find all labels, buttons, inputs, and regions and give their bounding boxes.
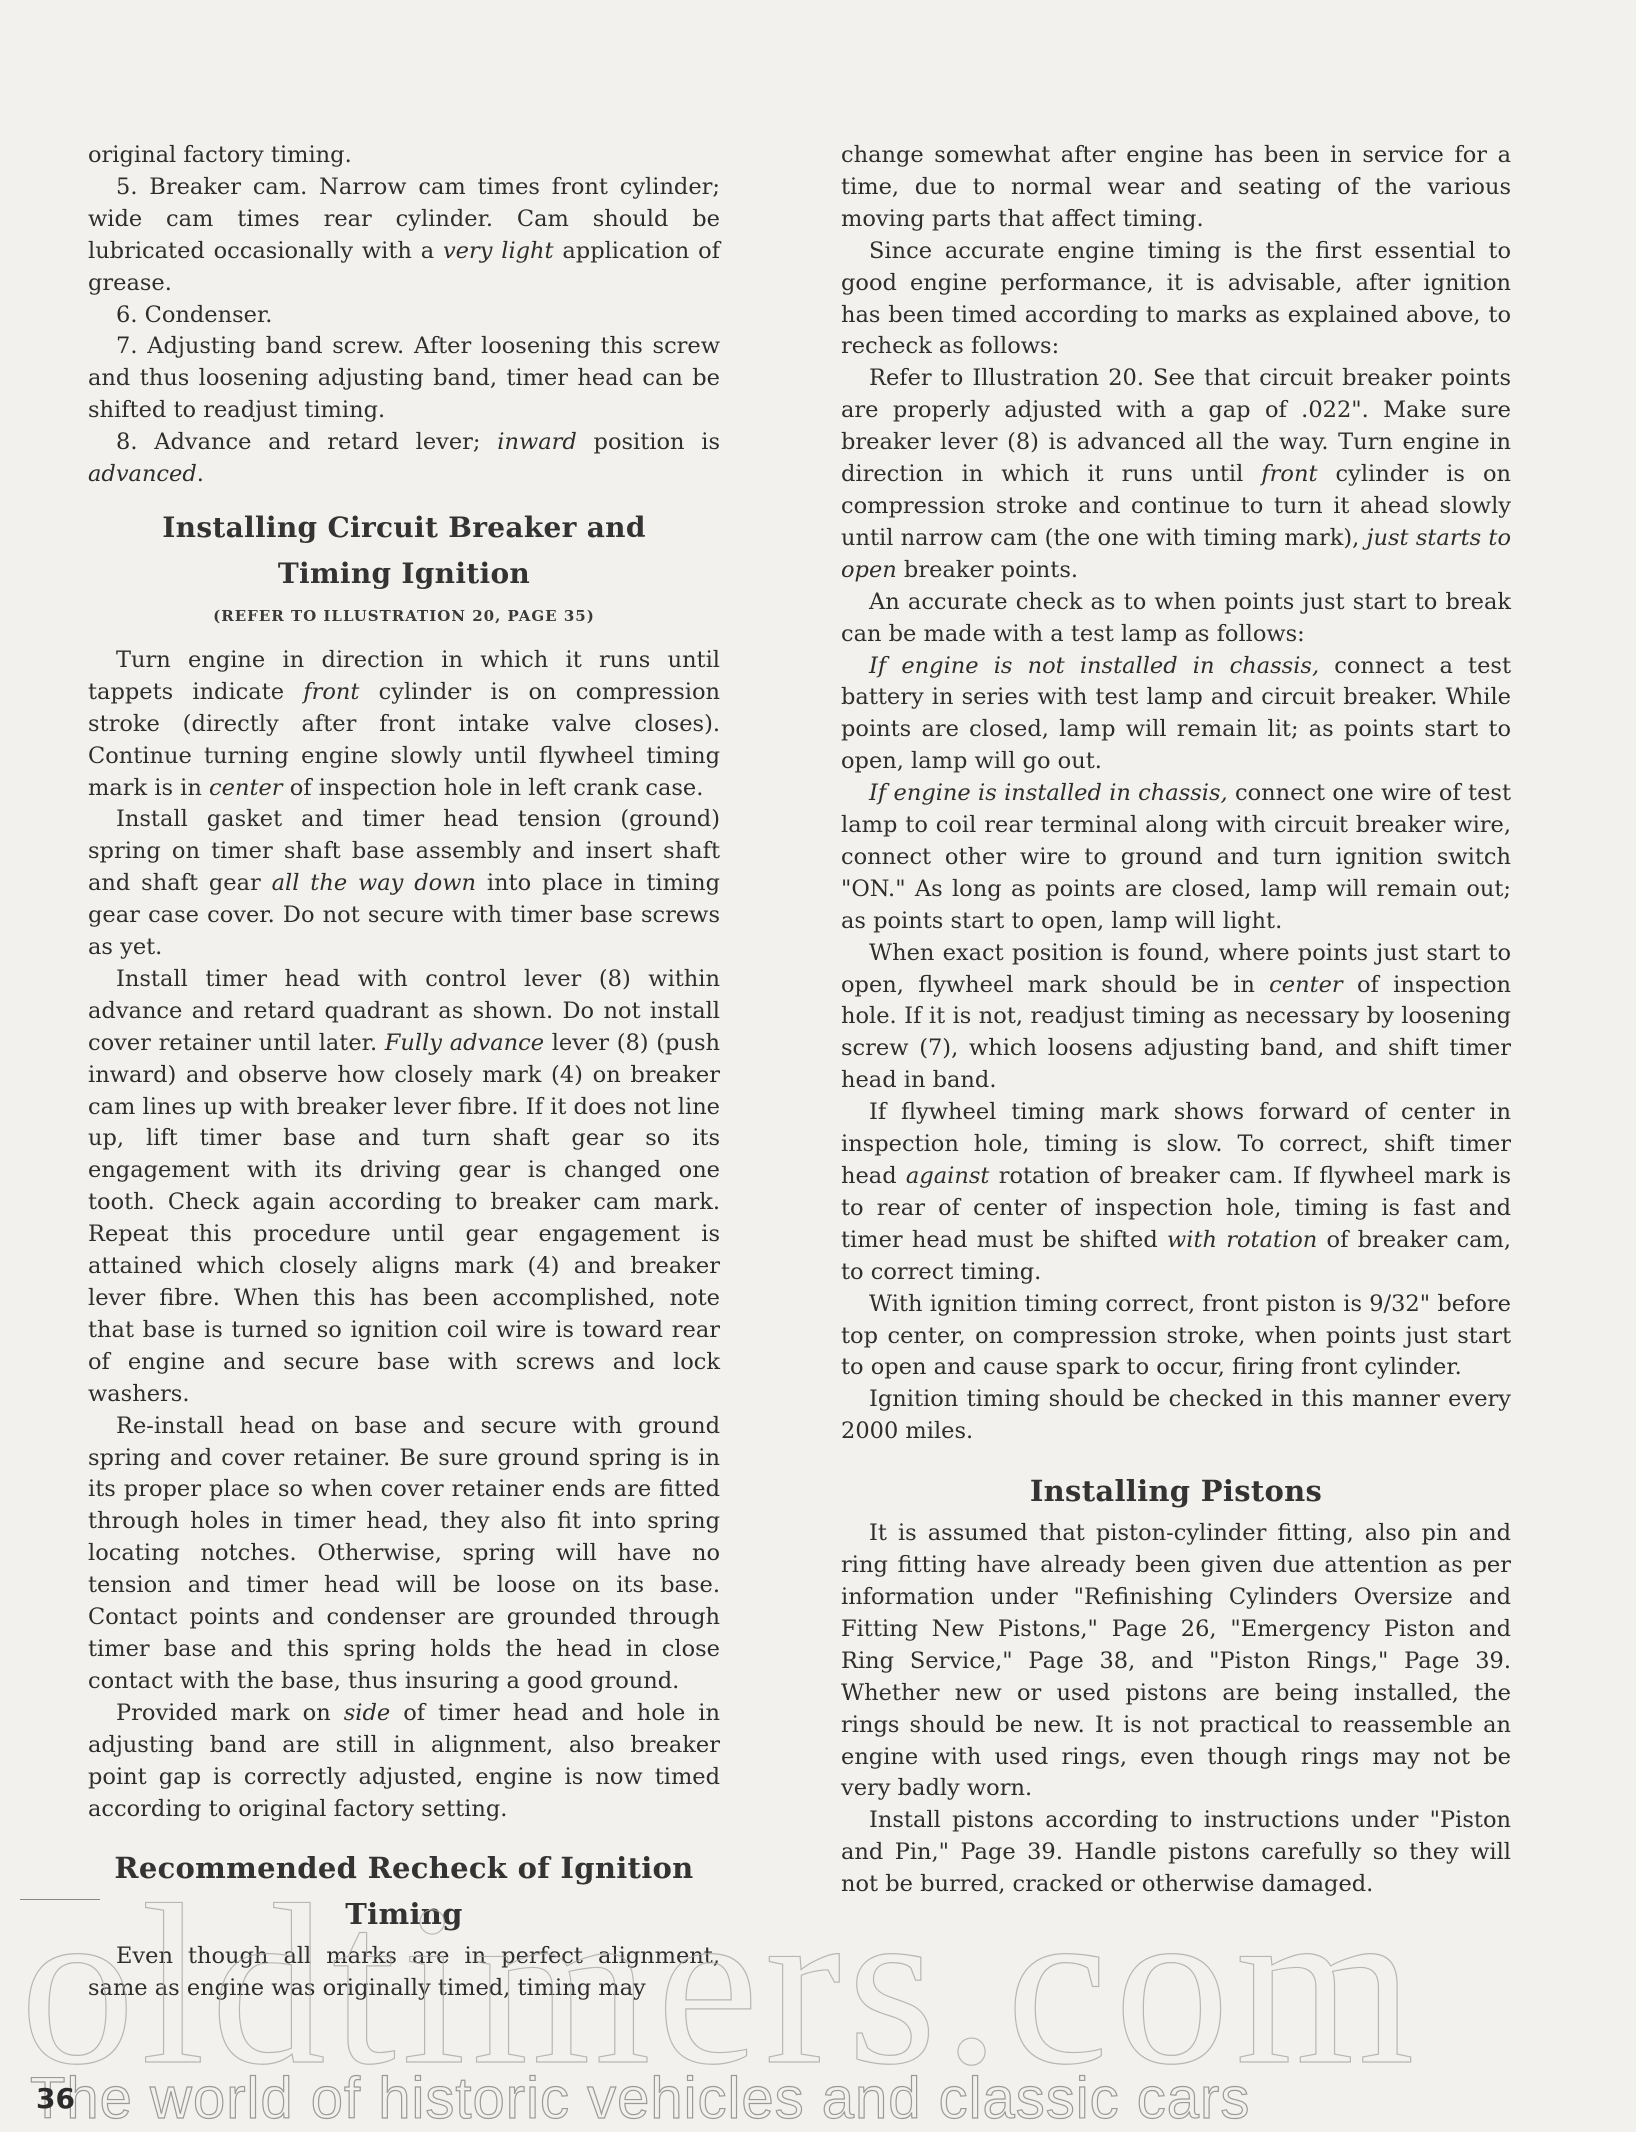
paragraph: If flywheel timing mark shows forward of… xyxy=(841,1097,1511,1288)
illustration-reference: (REFER TO ILLUSTRATION 20, PAGE 35) xyxy=(88,601,720,633)
paragraph: Install timer head with control lever (8… xyxy=(88,964,720,1411)
watermark-tagline: The world of historic vehicles and class… xyxy=(30,2065,1250,2132)
right-column: change somewhat after engine has been in… xyxy=(841,140,1511,1901)
list-item-7: 7. Adjusting band screw. After loosening… xyxy=(88,331,720,427)
page-number: 36 xyxy=(36,2082,75,2115)
paragraph: Install gasket and timer head tension (g… xyxy=(88,804,720,964)
section-heading-pistons: Installing Pistons xyxy=(841,1468,1511,1514)
list-item-5: 5. Breaker cam. Narrow cam times front c… xyxy=(88,172,720,300)
paragraph: Since accurate engine timing is the firs… xyxy=(841,236,1511,364)
paragraph: If engine is not installed in chassis, c… xyxy=(841,651,1511,779)
paragraph: With ignition timing correct, front pist… xyxy=(841,1289,1511,1385)
paragraph: An accurate check as to when points just… xyxy=(841,587,1511,651)
continuation-paragraph: change somewhat after engine has been in… xyxy=(841,140,1511,236)
list-item-6: 6. Condenser. xyxy=(88,300,720,332)
paragraph: If engine is installed in chassis, conne… xyxy=(841,778,1511,938)
paragraph: Re-install head on base and secure with … xyxy=(88,1411,720,1698)
paragraph: Refer to Illustration 20. See that circu… xyxy=(841,363,1511,586)
intro-line: original factory timing. xyxy=(88,140,720,172)
paragraph: Provided mark on side of timer head and … xyxy=(88,1698,720,1826)
list-item-8: 8. Advance and retard lever; inward posi… xyxy=(88,427,720,491)
manual-page: original factory timing. 5. Breaker cam.… xyxy=(0,0,1636,2132)
paragraph: When exact position is found, where poin… xyxy=(841,938,1511,1098)
left-column: original factory timing. 5. Breaker cam.… xyxy=(88,140,720,2005)
paragraph: Turn engine in direction in which it run… xyxy=(88,645,720,805)
paragraph: It is assumed that piston-cylinder fitti… xyxy=(841,1518,1511,1805)
paragraph: Ignition timing should be checked in thi… xyxy=(841,1384,1511,1448)
section-heading-circuit-breaker: Installing Circuit Breaker and Timing Ig… xyxy=(88,505,720,597)
